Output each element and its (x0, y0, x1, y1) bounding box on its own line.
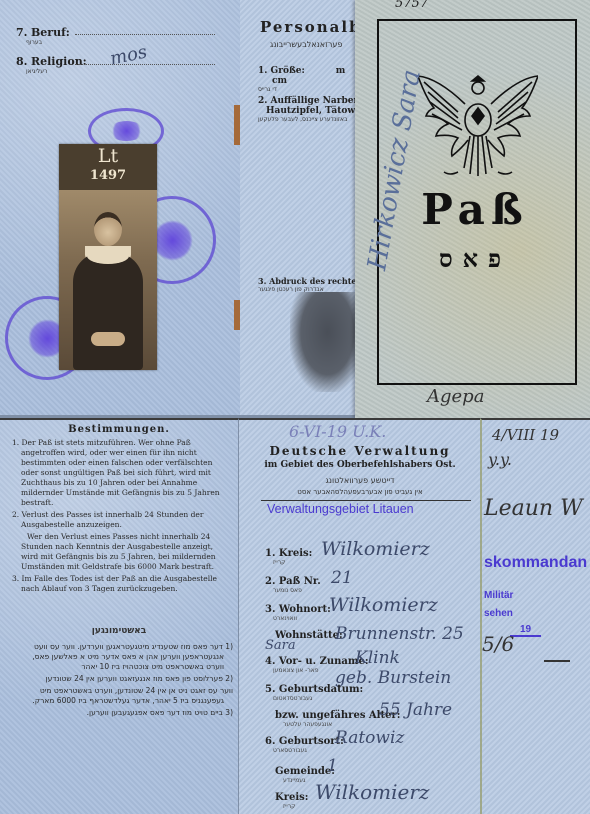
religion-line (75, 64, 215, 65)
visa-stamp-line3: sehen (484, 608, 513, 619)
rule-2: 2. Verlust des Passes ist innerhalb 24 S… (12, 510, 224, 530)
cover-signature-bottom: Agepa (427, 386, 484, 407)
portrait-head (94, 212, 122, 246)
personal-hebrew-subtitle: פערזאנאלבעשרייבונג (270, 40, 342, 49)
visa-stamp-line4: 19 (510, 624, 541, 637)
passport-photo: Lt 1497 (59, 144, 157, 370)
visa-dash (544, 660, 570, 662)
religion-value: mos (108, 41, 149, 69)
photo-portrait (59, 190, 157, 370)
personal-description-page: Personalbe פערזאנאלבעשרייבונג 1. Größe: … (240, 0, 365, 415)
rules-title: Bestimmungen. (0, 424, 238, 435)
field-pass-number: 2. Paß Nr. פאס נומער 21 (265, 576, 321, 594)
field-birthdate: 5. Geburtsdatum: געבורטסדאטום (265, 684, 363, 702)
field-fingerprint: 3. Abdruck des rechten Zeig אבדרוק פון ר… (258, 276, 365, 293)
serial-number: 5757 (395, 0, 428, 11)
rule-3: 3. Im Falle des Todes ist der Paß an die… (12, 574, 224, 594)
photo-number: 1497 (59, 168, 157, 184)
field-beruf: 7. Beruf: בערוף (16, 26, 70, 46)
portrait-hands (91, 332, 125, 346)
photo-code: Lt (59, 144, 157, 168)
rules-hebrew-title: באשטימונגען (0, 626, 238, 636)
fingerprint-impression (290, 292, 365, 392)
admin-divider (261, 500, 471, 501)
portrait-body (73, 252, 143, 370)
admin-hebrew-1: דייטשע פערוואלטונג (239, 476, 481, 485)
visa-page: 4/VIII 19 y.y. Leaun W skommandan Militä… (480, 418, 590, 814)
beruf-line (75, 34, 215, 35)
visa-signature: Leaun W (484, 496, 583, 521)
field-marks: 2. Auffällige Narben, Warz Hautzipfel, T… (258, 96, 365, 123)
field-age: bzw. ungefähres Alter: אונגעפעהר עלטער 5… (275, 710, 400, 728)
rules-list-hebrew: (1 דער פאס מוז שטענדיג מיטגעטראגען ווערד… (12, 642, 224, 720)
field-kreis-2: Kreis: קרייז Wilkomierz (275, 792, 308, 810)
field-birthplace: 6. Geburtsort: געבורטסארט Ratowiz (265, 736, 344, 754)
visa-date: 4/VIII 19 (492, 426, 559, 444)
passport-cover: 5757 Paß פאס Hirkowicz Sara Agepa (355, 0, 590, 418)
rule-2-cont: Wer den Verlust eines Passes nicht inner… (12, 532, 224, 572)
admin-heading-2: im Gebiet des Oberbefehlshabers Ost. (239, 460, 481, 470)
eagle-emblem-icon (418, 68, 538, 183)
field-name: 4. Vor- u. Zuname: פאר- און צונאמען Sara… (265, 656, 369, 674)
field-religion: 8. Religion: רעליגיאן (16, 55, 87, 75)
admin-heading-1: Deutsche Verwaltung (239, 444, 481, 458)
portrait-collar-top (87, 248, 129, 264)
admin-hebrew-2: אין געביט פון אבערבעפעהלסהאבער אסט (239, 488, 481, 496)
visa-note: 5/6 (482, 632, 514, 656)
photo-page: 7. Beruf: בערוף 8. Religion: רעליגיאן mo… (0, 0, 240, 415)
visa-initials: y.y. (488, 450, 512, 469)
visa-stamp-military: Militär (484, 590, 513, 601)
personal-title: Personalbe (260, 18, 365, 36)
admin-page: 6-VI-19 U.K. Deutsche Verwaltung im Gebi… (238, 418, 481, 814)
field-kreis: 1. Kreis: קרייז Wilkomierz (265, 548, 312, 566)
visa-stamp-command: skommandan (484, 554, 587, 572)
field-height: 1. Größe: m cm די גרייס (258, 66, 365, 93)
rules-list-german: 1. Der Paß ist stets mitzuführen. Wer oh… (12, 438, 224, 596)
rules-page: Bestimmungen. 1. Der Paß ist stets mitzu… (0, 418, 238, 814)
photo-header: Lt 1497 (59, 144, 157, 190)
stamp-administration-area: Verwaltungsgebiet Litauen (267, 502, 414, 516)
issue-date: 6-VI-19 U.K. (289, 422, 386, 441)
field-wohnort: 3. Wohnort: וואוינארט Wilkomierz (265, 604, 331, 622)
rule-1: 1. Der Paß ist stets mitzuführen. Wer oh… (12, 438, 224, 508)
